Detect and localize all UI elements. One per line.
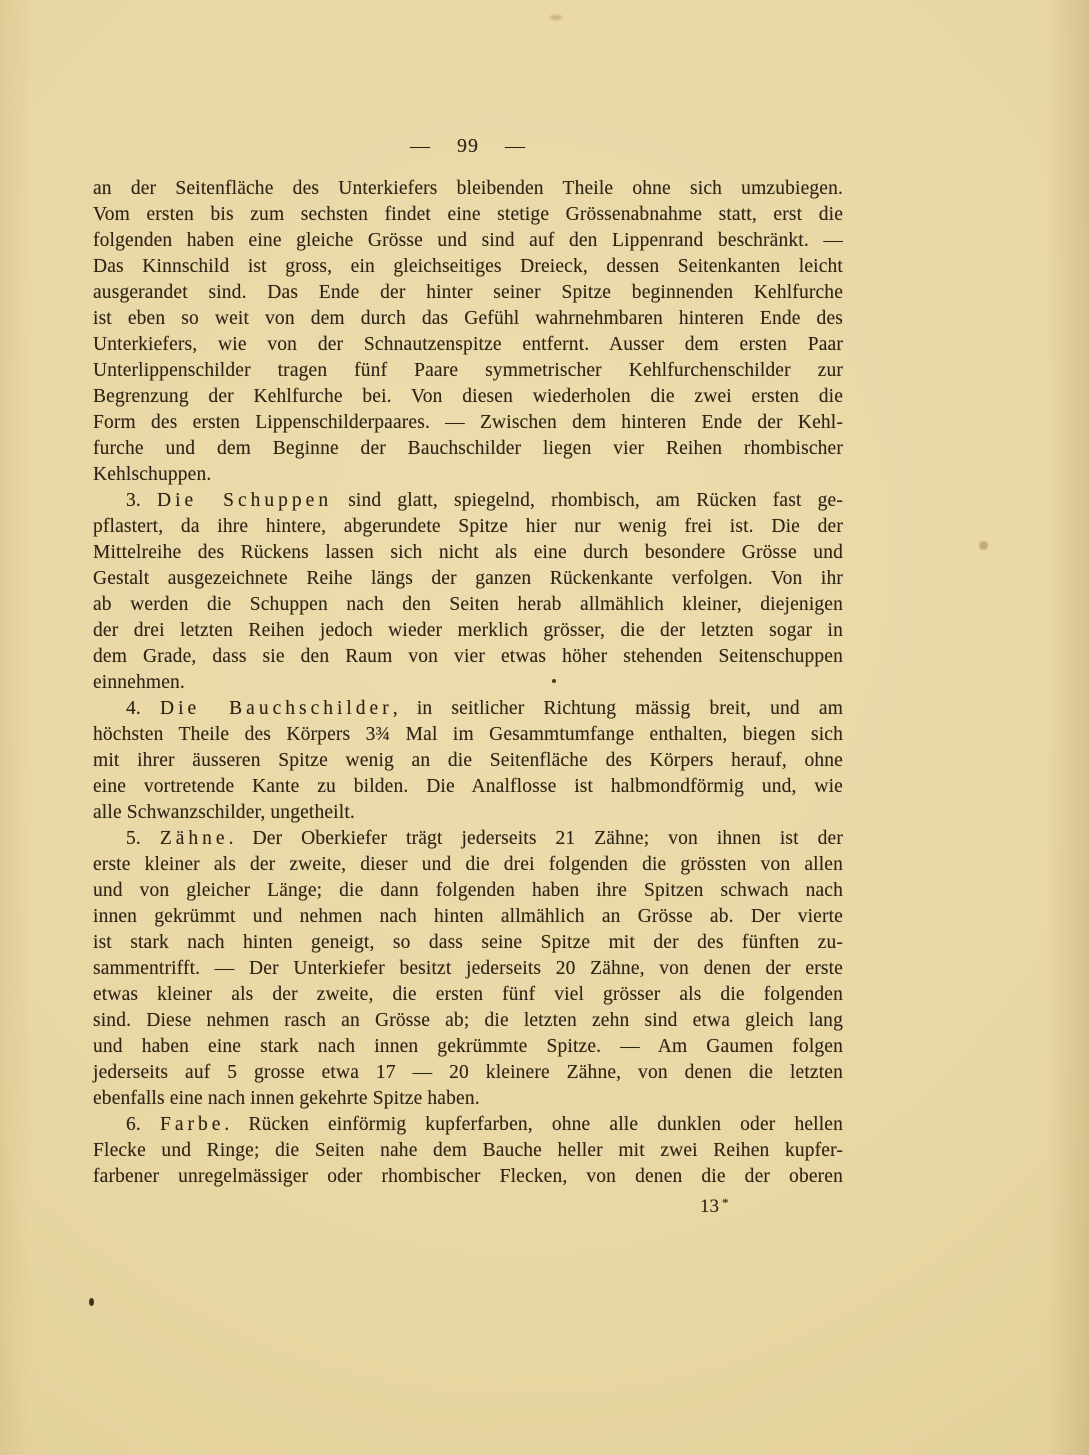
- paragraph: 5. Zähne. Der Oberkiefer trägt jederseit…: [93, 826, 843, 1112]
- paragraph: 4. Die Bauchschilder, in seitlicher Rich…: [93, 696, 843, 826]
- text-line: Unterkiefers, wie von der Schnautzenspit…: [93, 332, 843, 358]
- signature-asterisk: *: [722, 1195, 729, 1210]
- text-segment: eine vortretende Kante zu bilden. Die An…: [93, 776, 843, 797]
- emphasized-term: Die Schuppen: [157, 490, 332, 511]
- emphasized-term: Die Bauchschilder: [160, 698, 393, 719]
- text-segment: Das Kinnschild ist gross, ein gleichseit…: [93, 256, 843, 277]
- text-segment: Mittelreihe des Rückens lassen sich nich…: [93, 542, 843, 563]
- text-segment: farbener unregelmässiger oder rhombische…: [93, 1166, 843, 1187]
- text-line: Form des ersten Lippenschilderpaares. — …: [93, 410, 843, 436]
- text-line: höchsten Theile des Körpers 3¾ Mal im Ge…: [93, 722, 843, 748]
- text-segment: ist eben so weit von dem durch das Gefüh…: [93, 308, 843, 329]
- text-line: einnehmen.: [93, 670, 843, 696]
- text-line: farbener unregelmässiger oder rhombische…: [93, 1164, 843, 1190]
- scan-speck: [89, 1298, 94, 1306]
- text-segment: Vom ersten bis zum sechsten findet eine …: [93, 204, 843, 225]
- text-segment: ausgerandet sind. Das Ende der hinter se…: [93, 282, 843, 303]
- text-line: sind. Diese nehmen rasch an Grösse ab; d…: [93, 1008, 843, 1034]
- text-line: jederseits auf 5 grosse etwa 17 — 20 kle…: [93, 1060, 843, 1086]
- text-line: 6. Farbe. Rücken einförmig kupferfarben,…: [93, 1112, 843, 1138]
- text-line: eine vortretende Kante zu bilden. Die An…: [93, 774, 843, 800]
- text-line: Begrenzung der Kehlfurche bei. Von diese…: [93, 384, 843, 410]
- text-segment: ebenfalls eine nach innen gekehrte Spitz…: [93, 1088, 480, 1109]
- text-segment: höchsten Theile des Körpers 3¾ Mal im Ge…: [93, 724, 843, 745]
- text-segment: Kehlschuppen.: [93, 464, 211, 485]
- text-segment: der drei letzten Reihen jedoch wieder me…: [93, 620, 843, 641]
- signature-mark: 13*: [700, 1190, 729, 1220]
- emphasized-term: Zähne: [160, 828, 229, 849]
- paragraph: 3. Die Schuppen sind glatt, spiegelnd, r…: [93, 488, 843, 696]
- text-line: sammentrifft. — Der Unterkiefer besitzt …: [93, 956, 843, 982]
- text-line: erste kleiner als der zweite, dieser und…: [93, 852, 843, 878]
- text-segment: ist stark nach hinten geneigt, so dass s…: [93, 932, 843, 953]
- text-segment: und haben eine stark nach innen gekrümmt…: [93, 1036, 843, 1057]
- text-segment: 4.: [126, 698, 160, 719]
- text-segment: sind. Diese nehmen rasch an Grösse ab; d…: [93, 1010, 843, 1031]
- scanned-book-page: — 99 — an der Seitenfläche des Unterkief…: [0, 0, 1089, 1455]
- text-line: 5. Zähne. Der Oberkiefer trägt jederseit…: [93, 826, 843, 852]
- text-segment: furche und dem Beginne der Bauchschilder…: [93, 438, 843, 459]
- text-line: furche und dem Beginne der Bauchschilder…: [93, 436, 843, 462]
- text-line: etwas kleiner als der zweite, die ersten…: [93, 982, 843, 1008]
- text-segment: Begrenzung der Kehlfurche bei. Von diese…: [93, 386, 843, 407]
- text-line: ebenfalls eine nach innen gekehrte Spitz…: [93, 1086, 843, 1112]
- text-segment: innen gekrümmt und nehmen nach hinten al…: [93, 906, 843, 927]
- paragraph: 6. Farbe. Rücken einförmig kupferfarben,…: [93, 1112, 843, 1190]
- text-line: ab werden die Schuppen nach den Seiten h…: [93, 592, 843, 618]
- text-line: Das Kinnschild ist gross, ein gleichseit…: [93, 254, 843, 280]
- text-line: und von gleicher Länge; die dann folgend…: [93, 878, 843, 904]
- text-line: an der Seitenfläche des Unterkiefers ble…: [93, 176, 843, 202]
- text-segment: sammentrifft. — Der Unterkiefer besitzt …: [93, 958, 843, 979]
- text-line: Gestalt ausgezeichnete Reihe längs der g…: [93, 566, 843, 592]
- text-line: Vom ersten bis zum sechsten findet eine …: [93, 202, 843, 228]
- signature-number: 13: [700, 1196, 719, 1217]
- text-line: pflastert, da ihre hintere, abgerundete …: [93, 514, 843, 540]
- text-segment: mit ihrer äusseren Spitze wenig an die S…: [93, 750, 843, 771]
- text-line: Flecke und Ringe; die Seiten nahe dem Ba…: [93, 1138, 843, 1164]
- text-segment: 3.: [126, 490, 157, 511]
- text-line: ausgerandet sind. Das Ende der hinter se…: [93, 280, 843, 306]
- text-segment: Flecke und Ringe; die Seiten nahe dem Ba…: [93, 1140, 843, 1161]
- text-segment: einnehmen.: [93, 672, 185, 693]
- text-line: 3. Die Schuppen sind glatt, spiegelnd, r…: [93, 488, 843, 514]
- text-line: 4. Die Bauchschilder, in seitlicher Rich…: [93, 696, 843, 722]
- text-segment: . Rücken einförmig kupferfarben, ohne al…: [224, 1114, 843, 1135]
- text-segment: jederseits auf 5 grosse etwa 17 — 20 kle…: [93, 1062, 843, 1083]
- text-segment: an der Seitenfläche des Unterkiefers ble…: [93, 178, 843, 199]
- text-line: Kehlschuppen.: [93, 462, 843, 488]
- paragraph: an der Seitenfläche des Unterkiefers ble…: [93, 176, 843, 488]
- text-segment: ab werden die Schuppen nach den Seiten h…: [93, 594, 843, 615]
- text-segment: folgenden haben eine gleiche Grösse und …: [93, 230, 843, 251]
- text-line: folgenden haben eine gleiche Grösse und …: [93, 228, 843, 254]
- text-line: ist stark nach hinten geneigt, so dass s…: [93, 930, 843, 956]
- emphasized-term: Farbe: [160, 1114, 224, 1135]
- text-segment: alle Schwanzschilder, ungetheilt.: [93, 802, 355, 823]
- text-line: ist eben so weit von dem durch das Gefüh…: [93, 306, 843, 332]
- text-line: und haben eine stark nach innen gekrümmt…: [93, 1034, 843, 1060]
- text-segment: . Der Oberkiefer trägt jederseits 21 Zäh…: [229, 828, 843, 849]
- text-line: innen gekrümmt und nehmen nach hinten al…: [93, 904, 843, 930]
- text-segment: und von gleicher Länge; die dann folgend…: [93, 880, 843, 901]
- text-segment: Unterlippenschilder tragen fünf Paare sy…: [93, 360, 843, 381]
- text-segment: Gestalt ausgezeichnete Reihe längs der g…: [93, 568, 843, 589]
- text-block: an der Seitenfläche des Unterkiefers ble…: [93, 176, 843, 1190]
- text-segment: 5.: [126, 828, 160, 849]
- text-segment: sind glatt, spiegelnd, rhombisch, am Rüc…: [332, 490, 843, 511]
- text-line: dem Grade, dass sie den Raum von vier et…: [93, 644, 843, 670]
- text-segment: , in seitlicher Richtung mässig breit, u…: [393, 698, 843, 719]
- text-line: Mittelreihe des Rückens lassen sich nich…: [93, 540, 843, 566]
- text-line: Unterlippenschilder tragen fünf Paare sy…: [93, 358, 843, 384]
- scan-speck: [979, 541, 988, 550]
- page-number: — 99 —: [93, 135, 843, 157]
- text-segment: pflastert, da ihre hintere, abgerundete …: [93, 516, 843, 537]
- text-segment: 6.: [126, 1114, 160, 1135]
- text-segment: Unterkiefers, wie von der Schnautzenspit…: [93, 334, 843, 355]
- text-segment: Form des ersten Lippenschilderpaares. — …: [93, 412, 843, 433]
- scan-speck: [550, 15, 562, 20]
- text-segment: dem Grade, dass sie den Raum von vier et…: [93, 646, 843, 667]
- text-line: alle Schwanzschilder, ungetheilt.: [93, 800, 843, 826]
- text-segment: erste kleiner als der zweite, dieser und…: [93, 854, 843, 875]
- text-line: mit ihrer äusseren Spitze wenig an die S…: [93, 748, 843, 774]
- text-segment: etwas kleiner als der zweite, die ersten…: [93, 984, 843, 1005]
- scan-speck: [552, 679, 556, 683]
- text-line: der drei letzten Reihen jedoch wieder me…: [93, 618, 843, 644]
